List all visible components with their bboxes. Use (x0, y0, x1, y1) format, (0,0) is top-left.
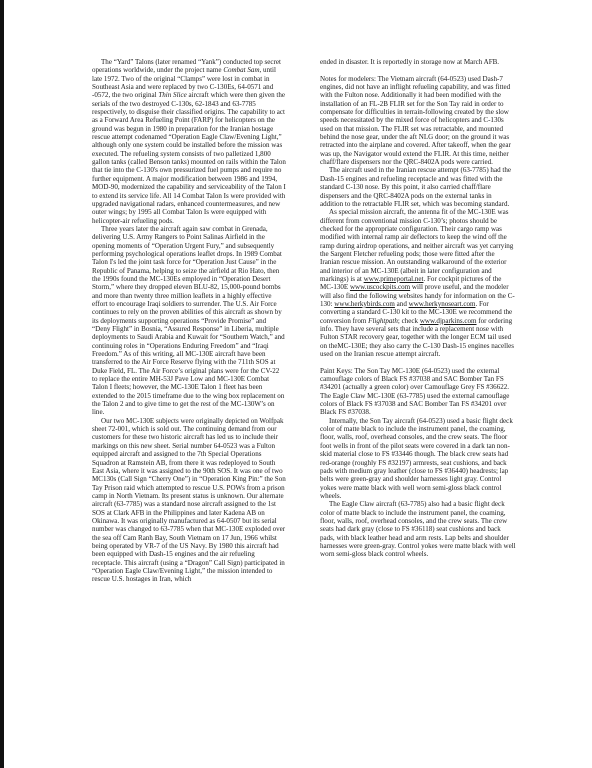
text-run: Three years later the aircraft again saw… (92, 225, 285, 417)
paragraph-interior-son-tay: Internally, the Son Tay aircraft (64-052… (320, 417, 516, 500)
link-uscockpits[interactable]: www.uscockpits.com (350, 283, 410, 291)
text-run: Our two MC-130E subjects were originally… (92, 417, 286, 584)
link-herkynoseart[interactable]: www.herkynoseart.com (409, 300, 476, 308)
paragraph-notes-for-modelers: Notes for modelers: The Vietnam aircraft… (320, 75, 516, 167)
thin-slice-italic: Thin Slice (158, 91, 186, 99)
text-run: aircraft which were then given the seria… (92, 91, 286, 224)
paragraph-paint-keys: Paint Keys: The Son Tay MC-130E (64-0523… (320, 367, 516, 417)
paragraph-subjects: Our two MC-130E subjects were originally… (92, 417, 286, 584)
paragraph-grenada: Three years later the aircraft again saw… (92, 225, 286, 417)
paragraph-iran-aircraft: The aircraft used in the Iranian rescue … (320, 166, 516, 208)
paint-keys-label: Paint Keys: (320, 367, 353, 375)
notes-label: Notes for modelers: (320, 75, 376, 83)
text-run: As special mission aircraft, the antenna… (320, 208, 513, 283)
paragraph-yard-talons: The “Yard” Talons (later renamed “Yank”)… (92, 58, 286, 225)
link-djparkins[interactable]: www.djparkins.com (420, 317, 477, 325)
flightpath-italic: Flightpath (368, 317, 398, 325)
link-primeportal[interactable]: www.primeportal.net (364, 275, 424, 283)
paragraph-continuation: ended in disaster. It is reportedly in s… (320, 58, 516, 66)
text-run: The Son Tay MC-130E (64-0523) used the e… (320, 367, 509, 417)
left-column: The “Yard” Talons (later renamed “Yank”)… (92, 58, 286, 584)
paragraph-interior-eagle-claw: The Eagle Claw aircraft (63-7785) also h… (320, 500, 516, 558)
text-run: ; check (398, 317, 420, 325)
text-run: The Vietnam aircraft (64-0523) used Dash… (320, 75, 511, 166)
text-run: and (395, 300, 409, 308)
paragraph-antenna: As special mission aircraft, the antenna… (320, 208, 516, 358)
right-column: ended in disaster. It is reportedly in s… (320, 58, 516, 559)
link-herkybirds[interactable]: www.herkybirds.com (334, 300, 395, 308)
scan-edge-border (0, 0, 4, 768)
project-name-italic: Combat Sam (223, 66, 259, 74)
